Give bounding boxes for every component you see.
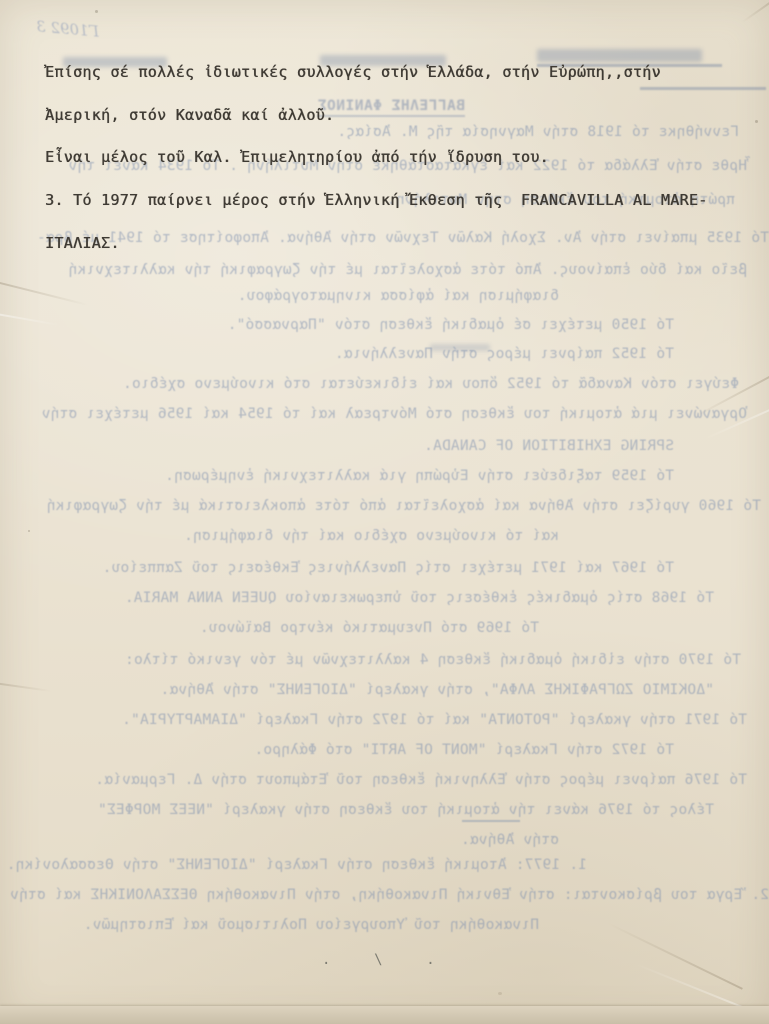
bleedthrough-line: βεῖο καί δύο ἐπαίνους. Ἀπό τότε ἀσχολεῖτ… (68, 262, 747, 278)
bleedthrough-artist-name: ΒΑΓΓΕΛΗΣ ΦΑΝΙΝΟΣ (317, 98, 465, 117)
bleedthrough-line: "ΔΟΚΙΜΙΟ ΖΩΓΡΑΦΙΚΗΣ ΑΛΦΑ", στήν γκαλερί … (160, 682, 714, 698)
page-bottom-edge (0, 1006, 769, 1024)
paper-crease (634, 963, 746, 1010)
bleedthrough-line: 1. 1977: Ἀτομική ἔκθεση στήν Γκαλερί "ΔΙ… (7, 857, 587, 873)
paper-speck (95, 10, 98, 13)
paper-crease (694, 364, 769, 417)
bleedthrough-line: στήν Ἀθήνα. (461, 832, 559, 848)
bleedthrough-line: Τό 1959 ταξιδεύει στήν Εὐρώπη γιά καλλιτ… (165, 468, 674, 484)
bleedthrough-overstrike-smudge (430, 344, 490, 351)
bleedthrough-line: Τό 1952 παίρνει μέρος στήν Πανελλήνια. (335, 346, 674, 362)
bleedthrough-dash-rule (640, 87, 766, 90)
paper-crease (607, 922, 743, 990)
bleedthrough-line: Τό 1960 γυρίζει στήν Ἀθήνα καί ἀσχολεῖτα… (47, 498, 761, 514)
typed-text-line: Ἐπίσης σέ πολλές ἰδιωτικές συλλογές στήν… (45, 63, 661, 81)
bleedthrough-line: Τό 1972 στήν Γκαλερί "MONT OF ARTI" στό … (254, 742, 674, 758)
paper-speck (498, 992, 502, 995)
bleedthrough-line: Τό 1967 καί 1971 μετέχει στίς Πανελλήνιε… (102, 560, 674, 576)
paper-crease (0, 280, 89, 306)
bleedthrough-word-underline (462, 820, 520, 822)
bleedthrough-line: Ὀργανώνει μιά ἀτομική του ἔκθεση στό Μόν… (42, 406, 747, 422)
paper-sheet: Γ1092 3 ΒΑΓΓΕΛΗΣ ΦΑΝΙΝΟΣ Γεννήθηκε τό 19… (0, 0, 769, 1024)
typed-text-line: 3. Τό 1977 παίρνει μέρος στήν Ἑλληνική Ἔ… (45, 191, 707, 209)
bleedthrough-line: Τό 1976 παίρνει μέρος στήν Ἑλληνική ἔκθε… (95, 772, 747, 788)
scanned-document: { "typed": { "lines": [ "Ἐπίσης σέ πολλέ… (0, 0, 769, 1024)
handwritten-annotation: Γ1092 3 (35, 17, 99, 40)
bleedthrough-line: Τό 1968 στίς ὁμαδικές ἐκθέσεις τοῦ ὑπερω… (125, 590, 714, 606)
typed-text-line: ΙΤΑΛΙΑΣ. (45, 234, 120, 252)
bleedthrough-line: Γεννήθηκε τό 1918 στήν Μαγνησία τῆς Μ. Ἀ… (337, 124, 739, 140)
bleedthrough-line: 2. Ἔργα του βρίσκονται: στήν Ἐθνική Πινα… (10, 887, 769, 903)
bleedthrough-line: Τό 1969 στό Πνευματικό κέντρο Βαϊώνου. (200, 620, 539, 636)
typed-text-line: Ἀμερική, στόν Καναδᾶ καί ἀλλοῦ. (45, 106, 334, 124)
bleedthrough-line: Τό 1970 στήν εἰδική ὁμαδική ἔκθεση 4 καλ… (125, 652, 741, 668)
bleedthrough-line: καί τό κινούμενο σχέδιο καί τήν διαφήμισ… (184, 528, 559, 544)
paper-speck (28, 530, 30, 532)
paper-crease (0, 312, 60, 326)
bleedthrough-line: SPRING EXHIBITION OF CANADA. (424, 438, 674, 454)
bleedthrough-line: Πινακοθήκη τοῦ Ὑπουργείου Πολιτισμοῦ καί… (84, 917, 539, 933)
bleedthrough-line: Τό 1935 μπαίνει στήν Ἀν. Σχολή Καλῶν Τεχ… (37, 230, 769, 246)
bleedthrough-line: διαφήμιση καί ἀφίσσα κινηματογράφου. (238, 288, 559, 304)
typed-text-line: Εἶναι μέλος τοῦ Καλ. Ἐπιμελητηρίου ἀπό τ… (45, 148, 549, 166)
footer-mark: . \ . (322, 952, 437, 968)
bleedthrough-line: Τέλος τό 1976 κάνει τήν ἀτομική του ἔκθε… (98, 802, 714, 818)
bleedthrough-line: Φεύγει στόν Καναδᾶ τό 1952 ὅπου καί εἰδι… (123, 376, 739, 392)
bleedthrough-line: Τό 1950 μετέχει σέ ὁμαδική ἔκθεση στόν "… (228, 317, 675, 333)
paper-crease (0, 682, 52, 692)
bleedthrough-smudge (537, 49, 702, 62)
paper-crease (703, 402, 769, 440)
paper-crease (742, 0, 769, 23)
bleedthrough-line: Τό 1971 στήν γκαλερί "ΡΟΤΟΝΤΑ" καί τό 19… (122, 712, 747, 728)
paper-speck (755, 120, 758, 123)
